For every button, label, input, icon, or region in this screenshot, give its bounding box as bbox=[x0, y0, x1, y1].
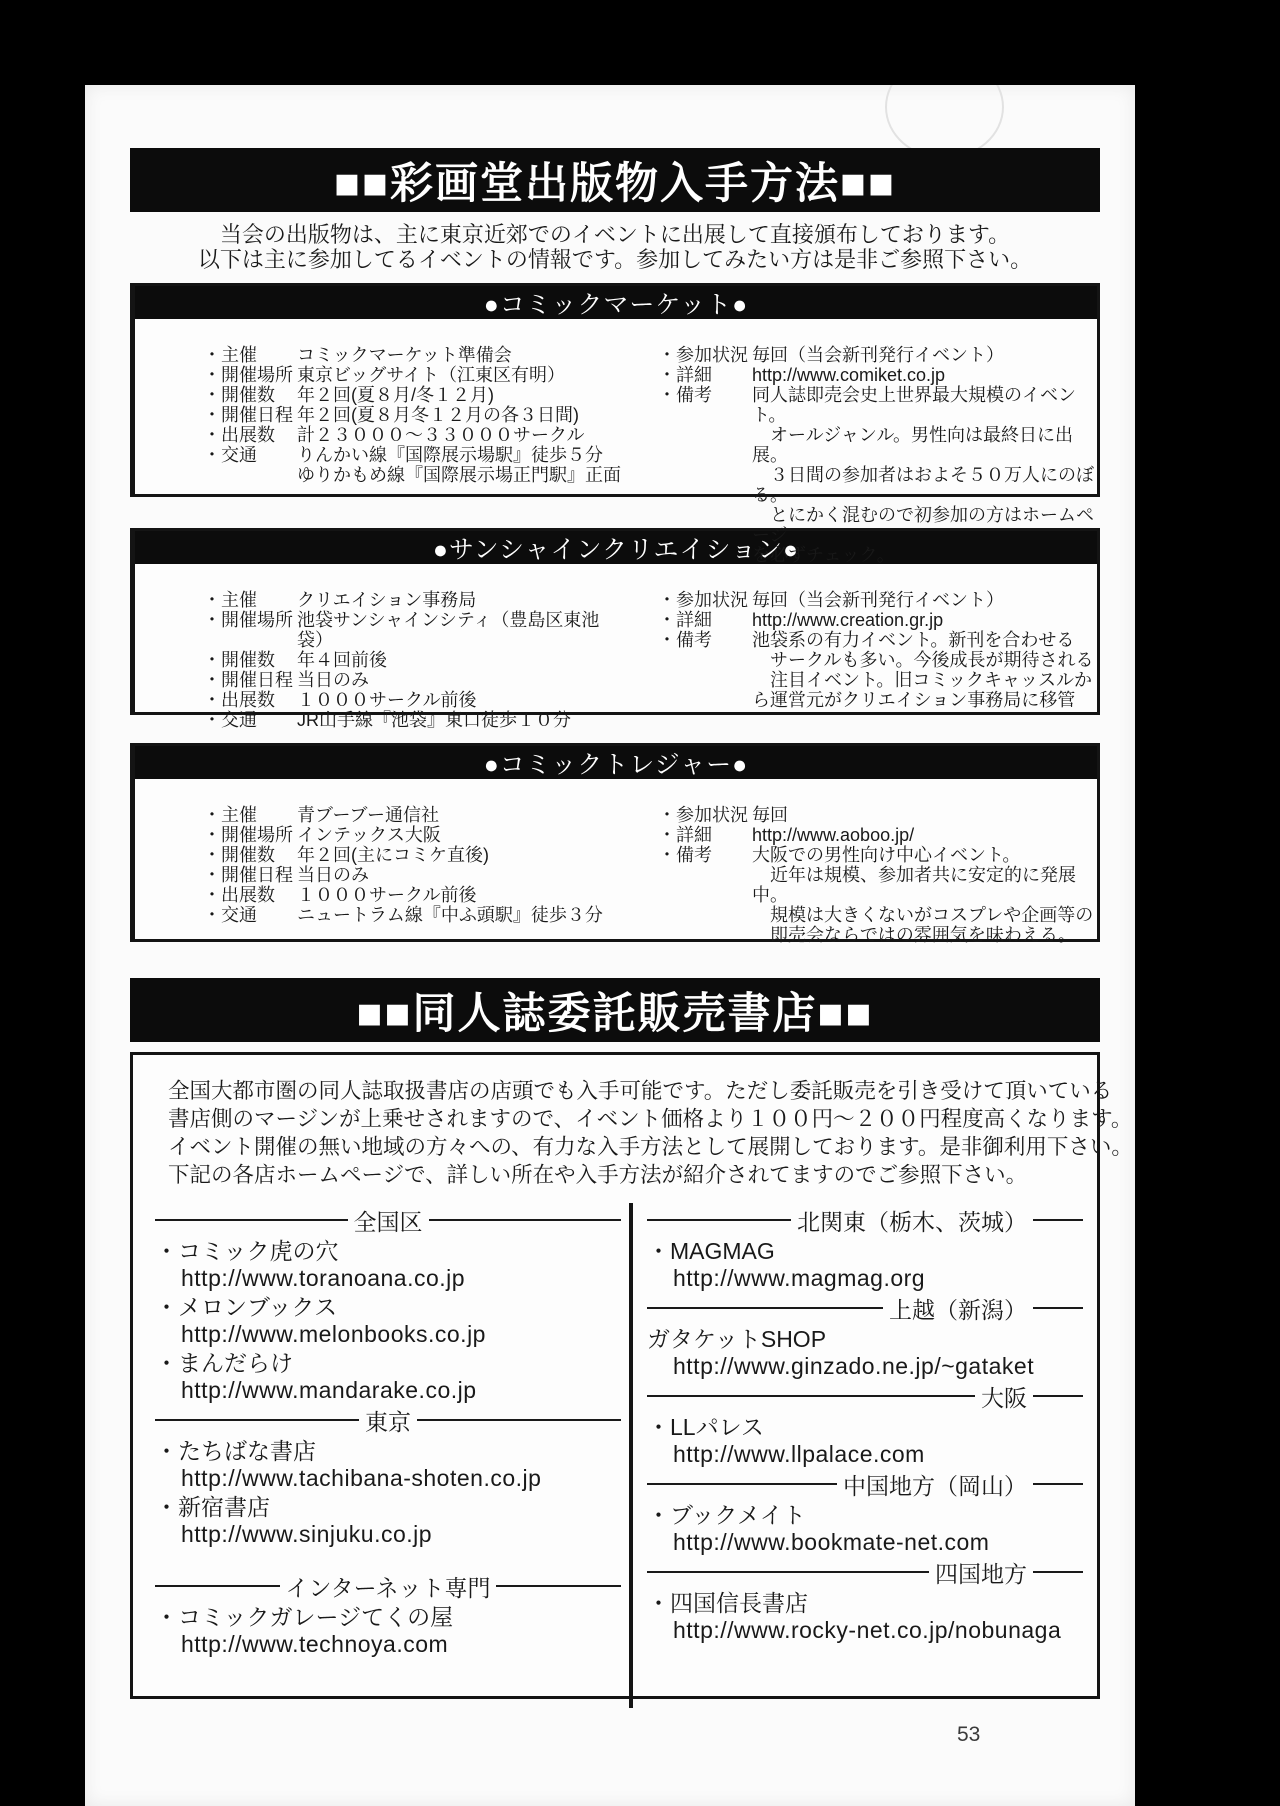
section-title-consignment-shops: ■■同人誌委託販売書店■■ bbox=[130, 978, 1100, 1042]
event-field-row: ・交通JR山手線『池袋』東口徒歩１０分 bbox=[203, 710, 623, 730]
event-field-row: ・交通りんかい線『国際展示場駅』徒歩５分 ゆりかもめ線『国際展示場正門駅』正面 bbox=[203, 445, 623, 485]
page-number: 53 bbox=[957, 1723, 980, 1747]
event-field-row: ・主催コミックマーケット準備会 bbox=[203, 345, 623, 365]
region-header: 全国区 bbox=[155, 1205, 621, 1235]
event-field-label: ・開催日程 bbox=[203, 405, 297, 425]
shop-url: http://www.toranoana.co.jp bbox=[155, 1265, 621, 1291]
shop-url: http://www.tachibana-shoten.co.jp bbox=[155, 1465, 621, 1491]
intro-line-2: 以下は主に参加してるイベントの情報です。参加してみたい方は是非ご参照下さい。 bbox=[130, 247, 1100, 272]
event-field-row: ・開催日程当日のみ bbox=[203, 865, 623, 885]
event-field-row: ・開催日程年２回(夏８月冬１２月の各３日間) bbox=[203, 405, 623, 425]
event-field-row: ・主催クリエイション事務局 bbox=[203, 590, 623, 610]
event-field-row: ・詳細http://www.creation.gr.jp bbox=[658, 610, 1098, 630]
event-field-label: ・出展数 bbox=[203, 690, 297, 710]
event-field-value: http://www.aoboo.jp/ bbox=[752, 825, 914, 845]
event-sections: ●コミックマーケット●・主催コミックマーケット準備会・開催場所東京ビッグサイト（… bbox=[130, 283, 1100, 942]
event-field-label: ・交通 bbox=[203, 445, 297, 485]
event-field-label: ・主催 bbox=[203, 590, 297, 610]
event-field-value: 毎回 bbox=[752, 805, 788, 825]
event-field-row: ・参加状況毎回（当会新刊発行イベント） bbox=[658, 590, 1098, 610]
event-field-value: http://www.creation.gr.jp bbox=[752, 610, 943, 630]
event-field-row: ・開催場所池袋サンシャインシティ（豊島区東池袋） bbox=[203, 610, 623, 650]
event-field-label: ・出展数 bbox=[203, 425, 297, 445]
shop-url: http://www.bookmate-net.com bbox=[647, 1529, 1083, 1555]
intro-paragraph: 当会の出版物は、主に東京近郊でのイベントに出展して直接頒布しております。 以下は… bbox=[130, 222, 1100, 272]
event-body: ・主催コミックマーケット準備会・開催場所東京ビッグサイト（江東区有明）・開催数年… bbox=[135, 319, 1097, 494]
event-field-row: ・主催青ブーブー通信社 bbox=[203, 805, 623, 825]
event-field-label: ・交通 bbox=[203, 905, 297, 925]
region-header: 東京 bbox=[155, 1405, 621, 1435]
event-field-label: ・出展数 bbox=[203, 885, 297, 905]
intro-line-1: 当会の出版物は、主に東京近郊でのイベントに出展して直接頒布しております。 bbox=[130, 222, 1100, 247]
event-field-value: 毎回（当会新刊発行イベント） bbox=[752, 590, 1004, 610]
divider-line bbox=[1033, 1395, 1083, 1397]
event-column-left: ・主催クリエイション事務局・開催場所池袋サンシャインシティ（豊島区東池袋）・開催… bbox=[203, 590, 623, 730]
divider-line bbox=[155, 1585, 280, 1587]
event-field-label: ・主催 bbox=[203, 805, 297, 825]
divider-line bbox=[1033, 1483, 1083, 1485]
event-field-row: ・開催場所東京ビッグサイト（江東区有明） bbox=[203, 365, 623, 385]
event-field-row: ・備考池袋系の有力イベント。新刊を合わせる サークルも多い。今後成長が期待される… bbox=[658, 630, 1098, 710]
page-content: ■■彩画堂出版物入手方法■■ 当会の出版物は、主に東京近郊でのイベントに出展して… bbox=[130, 85, 1100, 1699]
shop-url: http://www.sinjuku.co.jp bbox=[155, 1521, 621, 1547]
shops-intro: 全国大都市圏の同人誌取扱書店の店頭でも入手可能です。ただし委託販売を引き受けて頂… bbox=[133, 1055, 1097, 1189]
event-field-label: ・主催 bbox=[203, 345, 297, 365]
event-column-left: ・主催コミックマーケット準備会・開催場所東京ビッグサイト（江東区有明）・開催数年… bbox=[203, 345, 623, 485]
divider-line bbox=[155, 1419, 359, 1421]
event-field-row: ・出展数計２３０００～３３０００サークル bbox=[203, 425, 623, 445]
shops-column-left: 全国区・コミック虎の穴http://www.toranoana.co.jp・メロ… bbox=[133, 1203, 633, 1708]
region-label: 四国地方 bbox=[929, 1556, 1033, 1589]
event-field-label: ・詳細 bbox=[658, 825, 752, 845]
shop-name: ・メロンブックス bbox=[155, 1294, 621, 1321]
event-field-label: ・開催場所 bbox=[203, 825, 297, 845]
event-field-value: 同人誌即売会史上世界最大規模のイベント。 オールジャンル。男性向は最終日に出展。… bbox=[752, 385, 1098, 565]
event-field-value: 年２回(夏８月冬１２月の各３日間) bbox=[297, 405, 579, 425]
event-field-label: ・備考 bbox=[658, 385, 752, 565]
event-field-value: １０００サークル前後 bbox=[297, 690, 476, 710]
divider-line bbox=[1033, 1571, 1083, 1573]
event-field-label: ・参加状況 bbox=[658, 590, 752, 610]
event-box: ●コミックトレジャー●・主催青ブーブー通信社・開催場所インテックス大阪・開催数年… bbox=[130, 743, 1100, 942]
event-field-value: 当日のみ bbox=[297, 670, 369, 690]
region-header: 中国地方（岡山） bbox=[647, 1469, 1083, 1499]
event-field-row: ・詳細http://www.comiket.co.jp bbox=[658, 365, 1098, 385]
section-title-how-to-obtain: ■■彩画堂出版物入手方法■■ bbox=[130, 148, 1100, 212]
event-field-row: ・備考同人誌即売会史上世界最大規模のイベント。 オールジャンル。男性向は最終日に… bbox=[658, 385, 1098, 565]
event-field-label: ・詳細 bbox=[658, 610, 752, 630]
event-field-value: 池袋系の有力イベント。新刊を合わせる サークルも多い。今後成長が期待される 注目… bbox=[752, 630, 1093, 710]
divider-line bbox=[647, 1483, 837, 1485]
shops-box: 全国大都市圏の同人誌取扱書店の店頭でも入手可能です。ただし委託販売を引き受けて頂… bbox=[130, 1052, 1100, 1699]
divider-line bbox=[417, 1419, 621, 1421]
event-field-label: ・参加状況 bbox=[658, 805, 752, 825]
event-field-row: ・参加状況毎回 bbox=[658, 805, 1098, 825]
event-field-value: 大阪での男性向け中心イベント。 近年は規模、参加者共に安定的に発展中。 規模は大… bbox=[752, 845, 1098, 945]
shop-url: http://www.melonbooks.co.jp bbox=[155, 1321, 621, 1347]
event-field-value: クリエイション事務局 bbox=[297, 590, 476, 610]
event-field-value: 東京ビッグサイト（江東区有明） bbox=[297, 365, 565, 385]
event-field-label: ・開催数 bbox=[203, 650, 297, 670]
event-field-row: ・開催場所インテックス大阪 bbox=[203, 825, 623, 845]
event-title-bar: ●コミックマーケット● bbox=[135, 286, 1097, 319]
event-field-row: ・詳細http://www.aoboo.jp/ bbox=[658, 825, 1098, 845]
event-field-label: ・備考 bbox=[658, 845, 752, 945]
shop-url: http://www.ginzado.ne.jp/~gataket bbox=[647, 1353, 1083, 1379]
region-label: 大阪 bbox=[975, 1380, 1033, 1413]
event-field-row: ・交通ニュートラム線『中ふ頭駅』徒歩３分 bbox=[203, 905, 623, 925]
divider-line bbox=[647, 1571, 929, 1573]
event-field-row: ・開催数年４回前後 bbox=[203, 650, 623, 670]
shop-name: ・コミックガレージてくの屋 bbox=[155, 1604, 621, 1631]
shop-url: http://www.rocky-net.co.jp/nobunaga bbox=[647, 1617, 1083, 1643]
event-field-value: JR山手線『池袋』東口徒歩１０分 bbox=[297, 710, 571, 730]
divider-line bbox=[1033, 1307, 1083, 1309]
region-header: 北関東（栃木、茨城） bbox=[647, 1205, 1083, 1235]
scanned-page: ■■彩画堂出版物入手方法■■ 当会の出版物は、主に東京近郊でのイベントに出展して… bbox=[85, 85, 1135, 1806]
divider-line bbox=[496, 1585, 621, 1587]
divider-line bbox=[647, 1307, 883, 1309]
shops-column-right: 北関東（栃木、茨城）・MAGMAGhttp://www.magmag.org上越… bbox=[633, 1203, 1097, 1708]
event-field-label: ・備考 bbox=[658, 630, 752, 710]
shops-intro-line-3: イベント開催の無い地域の方々への、有力な入手方法として展開しております。是非御利… bbox=[168, 1133, 1097, 1161]
shop-name: ガタケットSHOP bbox=[647, 1326, 1083, 1353]
event-field-row: ・開催日程当日のみ bbox=[203, 670, 623, 690]
shop-url: http://www.technoya.com bbox=[155, 1631, 621, 1657]
shop-name: ・たちばな書店 bbox=[155, 1438, 621, 1465]
event-body: ・主催青ブーブー通信社・開催場所インテックス大阪・開催数年２回(主にコミケ直後)… bbox=[135, 779, 1097, 939]
event-column-left: ・主催青ブーブー通信社・開催場所インテックス大阪・開催数年２回(主にコミケ直後)… bbox=[203, 805, 623, 925]
divider-line bbox=[1033, 1219, 1083, 1221]
event-column-right: ・参加状況毎回（当会新刊発行イベント）・詳細http://www.creatio… bbox=[658, 590, 1098, 710]
event-field-value: ニュートラム線『中ふ頭駅』徒歩３分 bbox=[297, 905, 603, 925]
event-field-label: ・開催場所 bbox=[203, 365, 297, 385]
event-field-value: 年２回(主にコミケ直後) bbox=[297, 845, 489, 865]
event-field-label: ・開催日程 bbox=[203, 865, 297, 885]
event-field-value: 毎回（当会新刊発行イベント） bbox=[752, 345, 1004, 365]
region-label: 東京 bbox=[359, 1404, 417, 1437]
event-body: ・主催クリエイション事務局・開催場所池袋サンシャインシティ（豊島区東池袋）・開催… bbox=[135, 564, 1097, 712]
shop-name: ・MAGMAG bbox=[647, 1238, 1083, 1265]
divider-line bbox=[647, 1219, 791, 1221]
event-field-value: りんかい線『国際展示場駅』徒歩５分 ゆりかもめ線『国際展示場正門駅』正面 bbox=[297, 445, 621, 485]
event-field-row: ・出展数１０００サークル前後 bbox=[203, 885, 623, 905]
shop-name: ・新宿書店 bbox=[155, 1494, 621, 1521]
event-title-bar: ●コミックトレジャー● bbox=[135, 746, 1097, 779]
shop-url: http://www.magmag.org bbox=[647, 1265, 1083, 1291]
shop-name: ・まんだらけ bbox=[155, 1350, 621, 1377]
event-field-label: ・開催場所 bbox=[203, 610, 297, 650]
shop-name: ・四国信長書店 bbox=[647, 1590, 1083, 1617]
shops-intro-line-1: 全国大都市圏の同人誌取扱書店の店頭でも入手可能です。ただし委託販売を引き受けて頂… bbox=[168, 1077, 1097, 1105]
region-label: 全国区 bbox=[348, 1204, 429, 1237]
region-label: 上越（新潟） bbox=[883, 1292, 1033, 1325]
event-field-label: ・開催数 bbox=[203, 385, 297, 405]
region-header: 四国地方 bbox=[647, 1557, 1083, 1587]
event-field-value: 計２３０００～３３０００サークル bbox=[297, 425, 584, 445]
region-header: 上越（新潟） bbox=[647, 1293, 1083, 1323]
event-field-row: ・開催数年２回(夏８月/冬１２月) bbox=[203, 385, 623, 405]
event-field-row: ・開催数年２回(主にコミケ直後) bbox=[203, 845, 623, 865]
event-field-value: 年２回(夏８月/冬１２月) bbox=[297, 385, 494, 405]
event-field-label: ・開催日程 bbox=[203, 670, 297, 690]
event-field-label: ・参加状況 bbox=[658, 345, 752, 365]
event-field-value: １０００サークル前後 bbox=[297, 885, 476, 905]
divider-line bbox=[429, 1219, 622, 1221]
shop-name: ・コミック虎の穴 bbox=[155, 1238, 621, 1265]
shop-url: http://www.mandarake.co.jp bbox=[155, 1377, 621, 1403]
event-field-row: ・出展数１０００サークル前後 bbox=[203, 690, 623, 710]
region-label: 中国地方（岡山） bbox=[837, 1468, 1033, 1501]
region-header: インターネット専門 bbox=[155, 1571, 621, 1601]
event-field-label: ・詳細 bbox=[658, 365, 752, 385]
event-field-label: ・交通 bbox=[203, 710, 297, 730]
event-field-row: ・備考大阪での男性向け中心イベント。 近年は規模、参加者共に安定的に発展中。 規… bbox=[658, 845, 1098, 945]
region-label: 北関東（栃木、茨城） bbox=[791, 1204, 1033, 1237]
event-field-value: コミックマーケット準備会 bbox=[297, 345, 512, 365]
event-field-value: 当日のみ bbox=[297, 865, 369, 885]
shop-name: ・LLパレス bbox=[647, 1414, 1083, 1441]
divider-line bbox=[647, 1395, 975, 1397]
shop-url: http://www.llpalace.com bbox=[647, 1441, 1083, 1467]
event-box: ●コミックマーケット●・主催コミックマーケット準備会・開催場所東京ビッグサイト（… bbox=[130, 283, 1100, 497]
divider-line bbox=[155, 1219, 348, 1221]
event-column-right: ・参加状況毎回（当会新刊発行イベント）・詳細http://www.comiket… bbox=[658, 345, 1098, 565]
event-field-value: 青ブーブー通信社 bbox=[297, 805, 439, 825]
event-field-row: ・参加状況毎回（当会新刊発行イベント） bbox=[658, 345, 1098, 365]
shops-intro-line-2: 書店側のマージンが上乗せされますので、イベント価格より１００円～２００円程度高く… bbox=[168, 1105, 1097, 1133]
region-label: インターネット専門 bbox=[280, 1570, 497, 1603]
shops-columns: 全国区・コミック虎の穴http://www.toranoana.co.jp・メロ… bbox=[133, 1203, 1097, 1708]
event-field-value: 年４回前後 bbox=[297, 650, 387, 670]
event-column-right: ・参加状況毎回・詳細http://www.aoboo.jp/・備考大阪での男性向… bbox=[658, 805, 1098, 945]
event-field-value: 池袋サンシャインシティ（豊島区東池袋） bbox=[297, 610, 623, 650]
shop-name: ・ブックメイト bbox=[647, 1502, 1083, 1529]
event-field-value: http://www.comiket.co.jp bbox=[752, 365, 945, 385]
event-field-value: インテックス大阪 bbox=[297, 825, 441, 845]
event-field-label: ・開催数 bbox=[203, 845, 297, 865]
shops-intro-line-4: 下記の各店ホームページで、詳しい所在や入手方法が紹介されてますのでご参照下さい。 bbox=[168, 1161, 1097, 1189]
region-header: 大阪 bbox=[647, 1381, 1083, 1411]
